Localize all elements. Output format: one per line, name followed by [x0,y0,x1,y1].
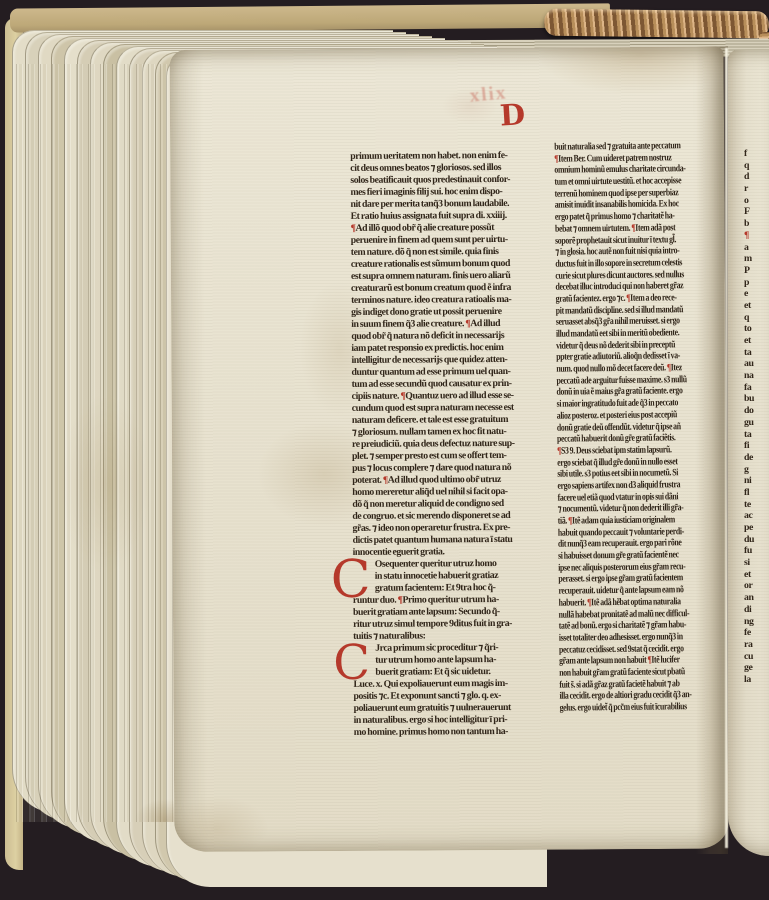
text-line: P [744,265,769,277]
text-line: d [744,171,769,183]
text-line: di [744,604,769,616]
text-line: F [744,206,769,218]
text-line: ge [744,662,769,674]
text-line: m [744,253,769,265]
text-line: la [744,674,769,686]
text-line: b [744,218,769,230]
text-line: fe [744,627,769,639]
quire-mark: D [499,97,526,132]
text-line: ¶ [744,230,769,242]
text-line: na [744,370,769,382]
incunable-book-photo: { "palette": { "background": "#241d21", … [0,0,769,900]
text-line: o [744,195,769,207]
gutter-shadow [696,46,728,854]
text-block: C Jrca primum sic proceditur ⁊ q̃ri-tur … [353,642,566,739]
text-line: do [744,405,769,417]
text-line: ta [744,347,769,359]
text-column-left: primum ueritatem non habet. non enim fe-… [350,150,566,739]
text-line: fu [744,545,769,557]
text-line: et [744,335,769,347]
text-line: te [744,499,769,511]
text-line: au [744,358,769,370]
text-line: p [744,277,769,289]
text-line: g [744,464,769,476]
text-line: fi [744,440,769,452]
text-line: r [744,183,769,195]
text-line: ta [744,429,769,441]
text-line: ni [744,475,769,487]
text-block: C Osequenter queritur utruz homoin statu… [353,558,566,643]
text-line: gu [744,417,769,429]
text-line: a [744,242,769,254]
text-line: ng [744,616,769,628]
text-line: et [744,300,769,312]
recto-text-fragments: fqdroFb¶amPpeetqtoettaaunafabudogutafide… [744,148,769,686]
text-line: e [744,288,769,300]
text-line: f [744,148,769,160]
text-line: q [744,312,769,324]
text-line: si [744,557,769,569]
text-line: de [744,452,769,464]
parchment-cover-edge-top [10,3,610,32]
text-line: ra [744,639,769,651]
text-block: primum ueritatem non habet. non enim fe-… [350,150,564,559]
text-line: ac [744,510,769,522]
text-line: fa [744,382,769,394]
text-line: bu [744,393,769,405]
text-line: an [744,592,769,604]
recto-page: fqdroFb¶amPpeetqtoettaaunafabudogutafide… [728,50,769,856]
drop-cap-initial: C [331,559,375,595]
headband [544,9,769,39]
text-line: or [744,580,769,592]
text-line: fl [744,487,769,499]
text-line: mo homine. primus homo non tantum ha- [354,726,566,739]
fore-edge-texture [16,64,188,822]
text-line: du [744,534,769,546]
verso-page: xlix D primum ueritatem non habet. non e… [170,47,729,852]
text-line: pe [744,522,769,534]
text-line: cu [744,651,769,663]
text-line: q [744,160,769,172]
drop-cap-initial: C [333,643,375,679]
text-line: to [744,323,769,335]
text-line: et [744,569,769,581]
